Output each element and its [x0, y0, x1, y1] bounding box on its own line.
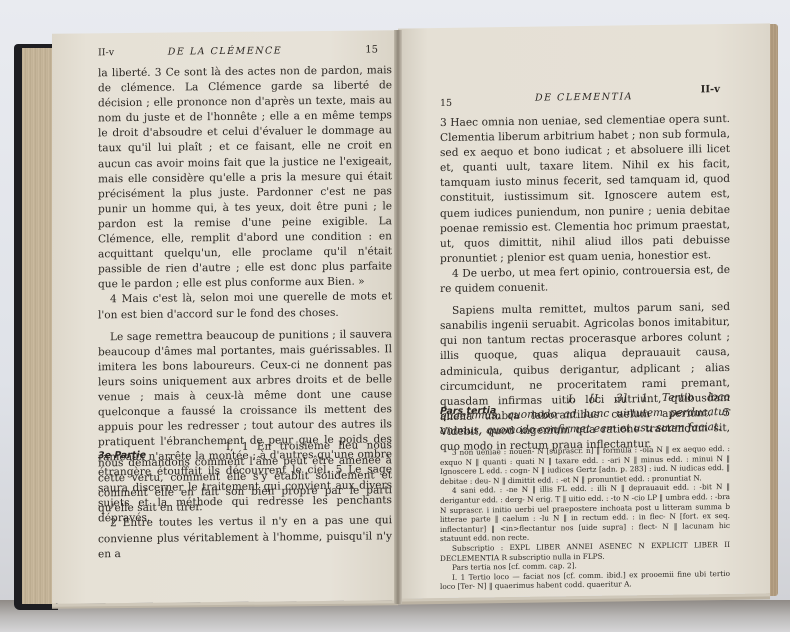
critical-apparatus: 3 non ueniae : nouen- N [suprascr. n] ‖ …: [440, 444, 730, 592]
right-running-head: 15 DE CLEMENTIA II-v: [398, 85, 770, 110]
section-marker: II-v: [701, 84, 720, 95]
paragraph: 4 De uerbo, ut mea fert opinio, controue…: [440, 263, 730, 297]
table-surface-shadow: [0, 600, 790, 632]
book-gutter: [394, 30, 402, 604]
right-page: 15 DE CLEMENTIA II-v 3 Haec omnia non ue…: [398, 23, 770, 598]
paragraph: 3 Haec omnia non ueniae, sed clementiae …: [440, 112, 730, 267]
left-page: II-v DE LA CLÉMENCE 15 la liberté. 3 Ce …: [52, 30, 398, 604]
page-number: 15: [365, 44, 378, 55]
section-intro: I, 1 En troisième lieu nous nous demando…: [98, 438, 392, 562]
apparatus-note: 4 sani edd. : -ne N ‖ illis FL edd. : il…: [440, 482, 730, 544]
paragraph: 2 Entre toutes les vertus il n'y en a pa…: [98, 514, 392, 562]
running-title: DE LA CLÉMENCE: [52, 44, 398, 59]
apparatus-note: I. 1 Tertio loco — faciat nos [cf. comm.…: [440, 569, 730, 592]
paragraph: 4 Mais c'est là, selon moi une querelle …: [98, 290, 392, 323]
page-edges-left: [22, 48, 56, 604]
section-intro: I. [I, 3] 1 Tertio loco quaerimus, quomo…: [440, 390, 730, 439]
apparatus-note: 3 non ueniae : nouen- N [suprascr. n] ‖ …: [440, 444, 730, 486]
paragraph: la liberté. 3 Ce sont là des actes non d…: [98, 63, 392, 292]
